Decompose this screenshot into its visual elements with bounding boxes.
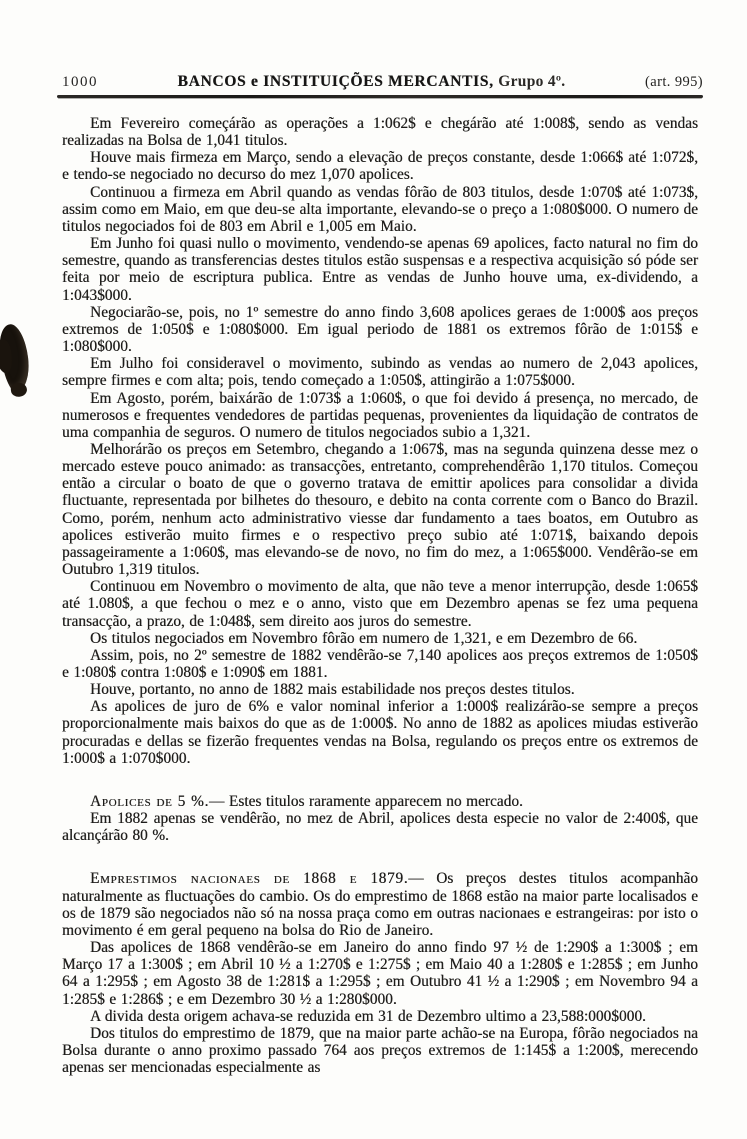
- header-rule: [57, 95, 703, 98]
- paragraph: Os titulos negociados em Novembro fôrão …: [62, 630, 698, 647]
- paragraph-text: Continuou a firmeza em Abril quando as v…: [62, 184, 698, 235]
- section-heading: Emprestimos nacionaes de 1868 e 1879.: [90, 870, 408, 887]
- paragraph-text: — Estes titulos raramente apparecem no m…: [209, 793, 523, 810]
- paragraph-text: Os titulos negociados em Novembro fôrão …: [90, 630, 637, 647]
- page-number: 1000: [62, 74, 98, 91]
- paragraph: Emprestimos nacionaes de 1868 e 1879.— O…: [62, 870, 698, 939]
- paragraph-text: A divida desta origem achava-se reduzida…: [90, 1008, 646, 1025]
- ink-blot-stain: [0, 323, 32, 394]
- paragraph: Houve, portanto, no anno de 1882 mais es…: [62, 681, 698, 698]
- paragraph: Em Julho foi consideravel o movimento, s…: [62, 355, 698, 389]
- paragraph: Em Junho foi quasi nullo o movimento, ve…: [62, 235, 698, 304]
- paragraph-text: Melhorárão os preços em Setembro, chegan…: [62, 441, 698, 578]
- paragraph-text: Em Fevereiro começárão as operações a 1:…: [62, 115, 698, 149]
- paragraph: Continuou a firmeza em Abril quando as v…: [62, 184, 698, 235]
- paragraph: Apolices de 5 %.— Estes titulos rarament…: [62, 793, 698, 810]
- running-title: BANCOS e INSTITUIÇÕES MERCANTIS, Grupo 4…: [98, 73, 645, 91]
- paragraph: Em 1882 apenas se vendêrão, no mez de Ab…: [62, 810, 698, 844]
- paragraph-text: Dos titulos do emprestimo de 1879, que n…: [62, 1025, 698, 1076]
- paragraph: Dos titulos do emprestimo de 1879, que n…: [62, 1025, 698, 1076]
- paragraph-text: Em 1882 apenas se vendêrão, no mez de Ab…: [62, 810, 698, 844]
- paragraph-text: Em Julho foi consideravel o movimento, s…: [62, 355, 698, 389]
- paragraph: Das apolices de 1868 vendêrão-se em Jane…: [62, 939, 698, 1008]
- paragraph-text: Assim, pois, no 2º semestre de 1882 vend…: [62, 647, 698, 681]
- paragraph: Assim, pois, no 2º semestre de 1882 vend…: [62, 647, 698, 681]
- paragraph: Em Agosto, porém, baixárão de 1:073$ a 1…: [62, 390, 698, 441]
- paragraph: As apolices de juro de 6% e valor nomina…: [62, 698, 698, 767]
- paragraph-text: Houve mais firmeza em Março, sendo a ele…: [62, 149, 698, 183]
- paragraph: A divida desta origem achava-se reduzida…: [62, 1008, 698, 1025]
- paragraph: Houve mais firmeza em Março, sendo a ele…: [62, 149, 698, 183]
- scanned-book-page: 1000 BANCOS e INSTITUIÇÕES MERCANTIS, Gr…: [0, 0, 747, 1139]
- paragraph: Negociarão-se, pois, no 1º semestre do a…: [62, 304, 698, 355]
- paragraph-text: Negociarão-se, pois, no 1º semestre do a…: [62, 304, 698, 355]
- paragraph: Continuou em Novembro o movimento de alt…: [62, 578, 698, 629]
- paragraph: Melhorárão os preços em Setembro, chegan…: [62, 441, 698, 578]
- page-body: Em Fevereiro começárão as operações a 1:…: [62, 115, 698, 1076]
- running-title-group: Grupo 4º.: [498, 73, 565, 90]
- paragraph-text: As apolices de juro de 6% e valor nomina…: [62, 698, 698, 766]
- running-header: 1000 BANCOS e INSTITUIÇÕES MERCANTIS, Gr…: [62, 73, 703, 91]
- article-reference: (art. 995): [645, 74, 703, 91]
- section-heading: Apolices de 5 %.: [90, 793, 209, 810]
- paragraph-text: Houve, portanto, no anno de 1882 mais es…: [90, 681, 575, 698]
- paragraph: Em Fevereiro começárão as operações a 1:…: [62, 115, 698, 149]
- paragraph-text: Em Agosto, porém, baixárão de 1:073$ a 1…: [62, 390, 698, 441]
- paragraph-text: Das apolices de 1868 vendêrão-se em Jane…: [62, 939, 698, 1007]
- paragraph-text: Em Junho foi quasi nullo o movimento, ve…: [62, 235, 698, 303]
- running-title-main: BANCOS e INSTITUIÇÕES MERCANTIS,: [178, 73, 494, 90]
- paragraph-text: Continuou em Novembro o movimento de alt…: [62, 578, 698, 629]
